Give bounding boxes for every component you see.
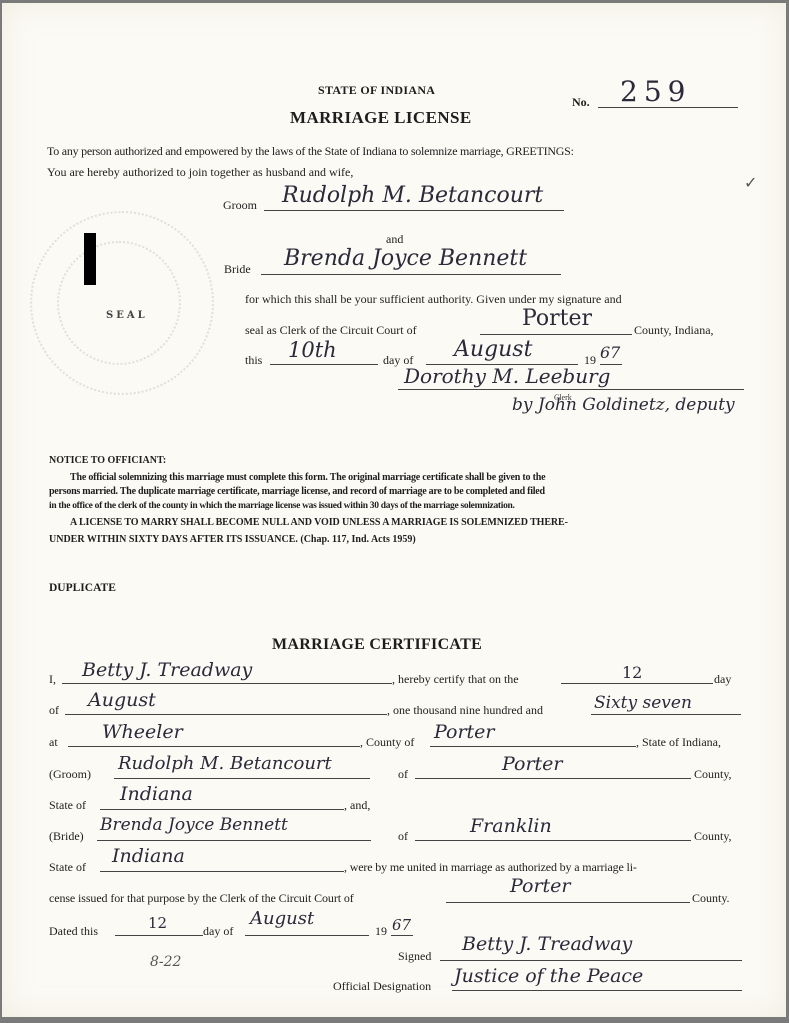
cert-day-value: 12 — [622, 663, 642, 682]
day-label: day — [714, 672, 731, 687]
place-value: Wheeler — [102, 721, 183, 743]
cert-month-value: August — [88, 689, 156, 711]
groom-state-line — [100, 809, 344, 810]
issued-county-suffix: County. — [692, 891, 730, 906]
i-label: I, — [49, 672, 56, 687]
groom-label: Groom — [223, 198, 257, 213]
authorize-line: You are hereby authorized to join togeth… — [47, 165, 353, 180]
issued-county-line — [446, 902, 690, 903]
county-of-label: , County of — [360, 735, 414, 750]
license-county-value: Porter — [522, 306, 592, 331]
dated-day-line — [115, 935, 203, 936]
groom-state-value: Indiana — [120, 783, 193, 805]
this-label: this — [245, 353, 262, 368]
cert-groom-name: Rudolph M. Betancourt — [118, 753, 332, 774]
bride-line — [261, 274, 561, 275]
cert-bride-line — [97, 840, 371, 841]
license-number-value: 259 — [620, 75, 691, 108]
bride-name: Brenda Joyce Bennett — [284, 246, 527, 271]
day-line — [270, 364, 378, 365]
notice-line-3: in the office of the clerk of the county… — [49, 499, 515, 513]
notice-warning-2: UNDER WITHIN SIXTY DAYS AFTER ITS ISSUAN… — [49, 533, 416, 547]
year-words-line — [591, 714, 741, 715]
signed-label: Signed — [398, 949, 431, 964]
designation-label: Official Designation — [333, 979, 431, 994]
groom-county-label: County, — [694, 767, 732, 782]
seal-label: SEAL — [106, 310, 148, 321]
marriage-license-document: STATE OF INDIANA MARRIAGE LICENSE No. 25… — [2, 3, 786, 1017]
bride-label: Bride — [224, 262, 251, 277]
license-month-value: August — [454, 337, 532, 362]
license-year-value: 67 — [600, 343, 620, 362]
notice-heading: NOTICE TO OFFICIANT: — [49, 454, 166, 468]
bride-of-label: of — [398, 829, 408, 844]
cert-groom-label: (Groom) — [49, 767, 91, 782]
duplicate-label: DUPLICATE — [49, 582, 116, 594]
check-mark-icon: ✓ — [744, 173, 757, 192]
issued-label: cense issued for that purpose by the Cle… — [49, 891, 354, 906]
clerk-signature: Dorothy M. Leeburg — [404, 364, 610, 388]
certificate-title: MARRIAGE CERTIFICATE — [272, 636, 482, 654]
groom-name: Rudolph M. Betancourt — [282, 183, 543, 208]
notice-line-2: persons married. The duplicate marriage … — [49, 485, 545, 499]
license-number-label: No. — [572, 95, 590, 110]
dated-day-of-label: day of — [203, 924, 233, 939]
deputy-signature: by John Goldinetz, deputy — [512, 395, 735, 415]
signed-line — [440, 960, 742, 961]
dated-day-value: 12 — [148, 914, 167, 932]
dated-label: Dated this — [49, 924, 98, 939]
notice-warning-1: A LICENSE TO MARRY SHALL BECOME NULL AND… — [70, 516, 568, 530]
margin-note: 8-22 — [150, 954, 181, 970]
cert-bride-name: Brenda Joyce Bennett — [100, 815, 288, 835]
designation-value: Justice of the Peace — [454, 965, 643, 987]
bride-county-line — [415, 840, 691, 841]
of-label: of — [49, 703, 59, 718]
embossed-seal-inner — [57, 241, 181, 365]
issued-county-value: Porter — [510, 875, 571, 897]
seal-line-suffix: County, Indiana, — [634, 323, 714, 338]
groom-line — [264, 210, 564, 211]
dated-month-line — [245, 935, 369, 936]
cert-bride-label: (Bride) — [49, 829, 84, 844]
cert-day-line — [561, 683, 713, 684]
groom-county-line — [415, 778, 691, 779]
place-line — [68, 746, 360, 747]
united-label: , were by me united in marriage as autho… — [344, 860, 637, 875]
cert-county-value: Porter — [434, 721, 495, 743]
dated-year-line — [391, 935, 413, 936]
state-heading: STATE OF INDIANA — [318, 83, 435, 98]
seal-line-prefix: seal as Clerk of the Circuit Court of — [245, 323, 417, 338]
signed-value: Betty J. Treadway — [462, 933, 632, 955]
authority-line: for which this shall be your sufficient … — [245, 292, 622, 307]
greeting-line: To any person authorized and empowered b… — [47, 144, 574, 159]
and-label: and — [386, 232, 403, 247]
notice-line-1: The official solemnizing this marriage m… — [70, 471, 545, 485]
bride-state-label: State of — [49, 860, 86, 875]
year-words-value: Sixty seven — [594, 693, 692, 713]
dated-year-prefix: 19 — [375, 924, 387, 939]
redaction-bar — [84, 233, 96, 285]
certify-label: , hereby certify that on the — [392, 672, 519, 687]
state-of-indiana-label: , State of Indiana, — [636, 735, 721, 750]
and-comma-label: , and, — [344, 798, 370, 813]
license-day-value: 10th — [288, 338, 337, 362]
dated-year-value: 67 — [392, 916, 411, 934]
cert-month-line — [65, 714, 387, 715]
bride-state-value: Indiana — [112, 845, 185, 867]
county-line — [480, 334, 632, 335]
officiant-name: Betty J. Treadway — [82, 659, 252, 681]
groom-state-label: State of — [49, 798, 86, 813]
officiant-line — [62, 683, 392, 684]
dated-month-value: August — [250, 908, 314, 929]
thousand-label: , one thousand nine hundred and — [387, 703, 543, 718]
clerk-signature-line — [398, 389, 744, 390]
groom-of-label: of — [398, 767, 408, 782]
groom-county-value: Porter — [502, 753, 563, 775]
bride-county-label: County, — [694, 829, 732, 844]
designation-line — [452, 990, 742, 991]
bride-state-line — [100, 871, 344, 872]
cert-groom-line — [114, 778, 370, 779]
cert-county-line — [430, 746, 636, 747]
license-title: MARRIAGE LICENSE — [290, 108, 472, 128]
bride-county-value: Franklin — [470, 815, 552, 837]
at-label: at — [49, 735, 58, 750]
